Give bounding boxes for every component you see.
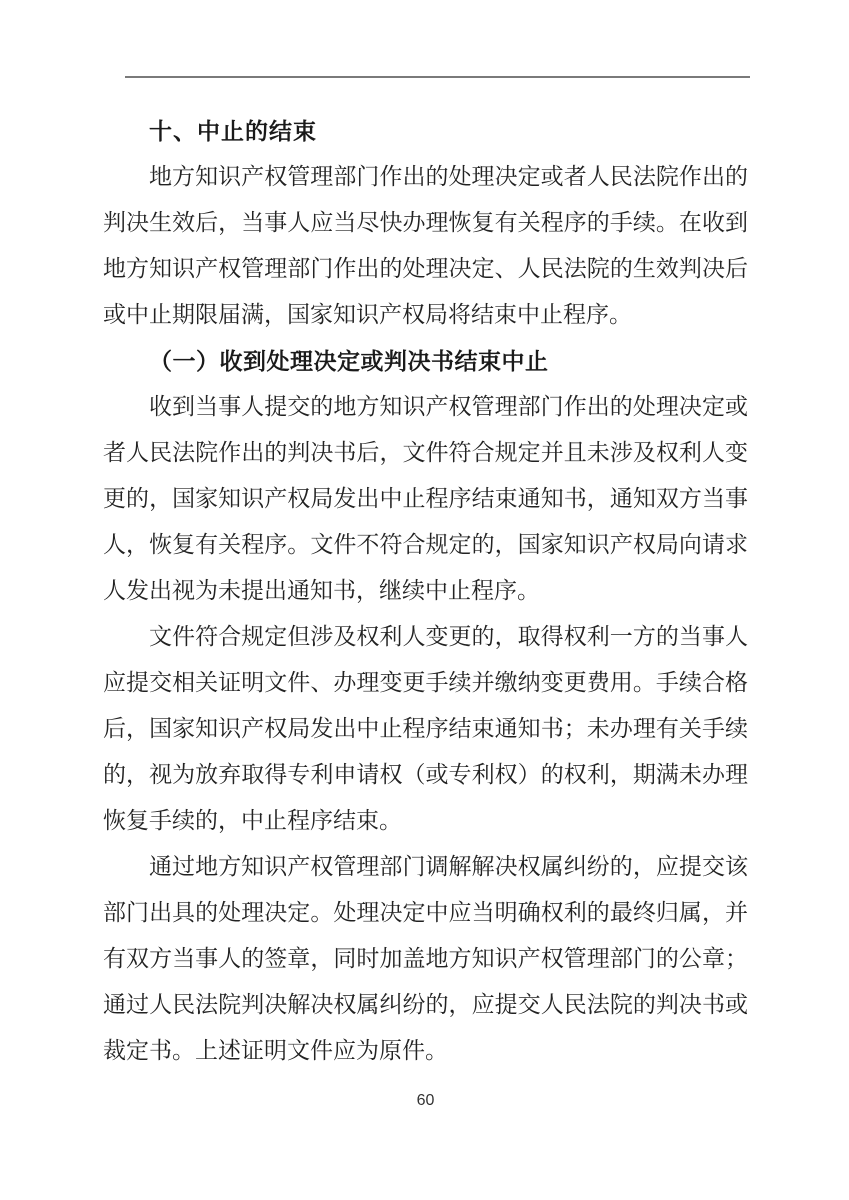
subsection-heading: （一）收到处理决定或判决书结束中止: [103, 338, 748, 384]
header-divider: [125, 76, 750, 78]
paragraph-2: 收到当事人提交的地方知识产权管理部门作出的处理决定或者人民法院作出的判决书后，文…: [103, 384, 748, 614]
page-footer: 60: [103, 1092, 748, 1110]
document-page: 十、中止的结束 地方知识产权管理部门作出的处理决定或者人民法院作出的判决生效后，…: [0, 0, 849, 1200]
section-heading: 十、中止的结束: [103, 108, 748, 154]
paragraph-3: 文件符合规定但涉及权利人变更的，取得权利一方的当事人应提交相关证明文件、办理变更…: [103, 614, 748, 844]
paragraph-1: 地方知识产权管理部门作出的处理决定或者人民法院作出的判决生效后，当事人应当尽快办…: [103, 154, 748, 338]
document-body: 十、中止的结束 地方知识产权管理部门作出的处理决定或者人民法院作出的判决生效后，…: [103, 108, 748, 1074]
page-number: 60: [417, 1092, 435, 1109]
paragraph-4: 通过地方知识产权管理部门调解解决权属纠纷的，应提交该部门出具的处理决定。处理决定…: [103, 844, 748, 1074]
